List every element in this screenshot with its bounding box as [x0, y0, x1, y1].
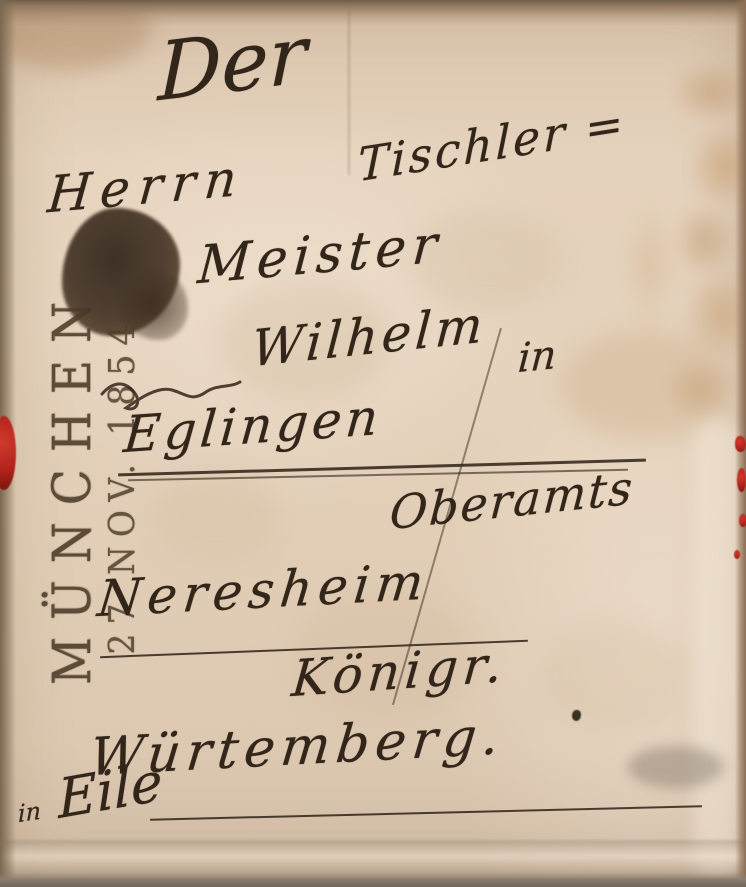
address-line-meister: Meister: [196, 214, 445, 296]
address-line-name-suffix: in: [516, 332, 558, 383]
wax-seal-right: [734, 550, 740, 559]
address-line-herrn: Herrn: [45, 148, 248, 224]
paper-edge-bottom: [0, 873, 746, 887]
water-stain-right: [608, 62, 746, 434]
fold-highlight-right: [694, 420, 740, 880]
address-line-koenigreich: Königr.: [289, 635, 509, 709]
letter-paper: MÜNCHEN 27 NOV. 1854 Der Herrn Tischler …: [0, 0, 746, 887]
paper-mottle: [150, 470, 280, 565]
wax-seal-right: [739, 514, 746, 527]
haste-note: Eile: [57, 749, 164, 831]
ink-dot: [572, 710, 581, 721]
wax-seal-right: [735, 436, 746, 452]
fold-crease-bottom: [0, 840, 746, 876]
wax-seal-right: [737, 468, 746, 492]
address-line-name: Wilhelm: [250, 295, 489, 378]
fold-crease-top: [348, 0, 350, 175]
paper-edge-top: [0, 0, 746, 26]
paper-mottle: [540, 620, 690, 730]
postmark-city: MÜNCHEN: [42, 285, 104, 685]
haste-note-prefix: in: [18, 797, 41, 828]
address-salutation: Der: [157, 7, 307, 119]
smudge-mark: [628, 746, 724, 788]
underline-wuertemberg: [150, 805, 702, 820]
address-line-tischler: Tischler =: [358, 95, 627, 192]
